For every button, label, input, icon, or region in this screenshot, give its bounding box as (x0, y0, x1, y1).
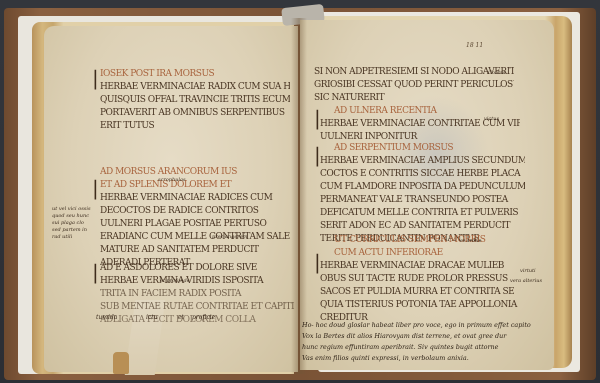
text-line: HERBAE VERMINACIAE DRACAE MULIEB (320, 260, 525, 273)
interlinear-gloss: scrophulas (158, 177, 186, 183)
footnote-line: Ho- hoc doud gloslar habeat liber pro vo… (302, 320, 547, 331)
initial-letter: | (92, 262, 99, 282)
text-line: QUIA TISTERIUS POTONIA TAE APPOLLONIA (320, 299, 525, 312)
margin-gloss: Contra (488, 70, 505, 76)
text-line: SUB MENTAE RUTAE CONTRITAE ET CAPITI (100, 301, 295, 314)
rubric-line: CUM ACTU INFERIORAE (320, 247, 525, 260)
text-line: AD E ASDOLORES ET DOLORE SIVE (100, 262, 295, 275)
rubric-line: ET AD SPLENIS DOLOREM ET (100, 179, 295, 192)
folio-number: 18 11 (466, 42, 483, 49)
rubric-line: AD SERPENTIUM MORSUS (320, 142, 525, 155)
interlinear-gloss: et (178, 315, 184, 321)
text-line: MATURE AD SANITATEM PERDUCIT (100, 244, 295, 257)
right-text-block-3: AD SERPENTIUM MORSUS HERBAE VERMINACIAE … (320, 142, 525, 246)
text-line: ERIT TUTUS (100, 120, 290, 133)
footnote-line: hunc regium effuntiram aperibrait. Siv q… (302, 342, 547, 353)
interlinear-gloss: proficie (192, 315, 215, 321)
text-line: HERBAE VERMINA VIRIDIS ISPOSITA (100, 275, 295, 288)
margin-gloss: et arduo (460, 238, 481, 244)
initial-letter: | (92, 178, 99, 198)
text-line: DECOCTOS DE RADICE CONTRITOS (100, 205, 295, 218)
interlinear-gloss: ictu (146, 315, 158, 321)
text-line: PORTAVERIT AB OMNIBUS SERPENTIBUS (100, 107, 290, 120)
text-line: ERADIANC CUM MELLE CONTRITAM SALE (100, 231, 295, 244)
right-text-block-4: UT CURRICULIS SEMPER MORBIS CUM ACTU INF… (320, 234, 525, 325)
text-line: SI NON ADPETRESIEMI SI NODO ALIGAVERIT (314, 66, 514, 79)
initial-letter: | (92, 68, 99, 88)
rubric-line: IOSEK POST IRA MORSUS (100, 68, 290, 81)
rubric-line: AD MORSUS ARANCORUM IUS (100, 166, 295, 179)
margin-gloss: vera alterius (510, 278, 542, 284)
margin-gloss-line: sui plaga clo (52, 220, 84, 226)
margin-gloss-line: sed partem in (52, 227, 87, 233)
text-line: TRITA IN FACIEM RADIX POSITA (100, 288, 295, 301)
text-line: UULNERI PLAGAE POSITAE PERTUSO (100, 218, 295, 231)
footnote-line: Vox la Bertes dit alios Hiarovyam dist t… (302, 331, 547, 342)
text-line: SERIT ADON EC AD SANITATEM PERDUCIT (320, 220, 525, 233)
rubric-line: UT CURRICULIS SEMPER MORBIS (320, 234, 525, 247)
text-line: COCTOS E CONTRITIS SICCAE HERBE PLACA (320, 168, 525, 181)
right-text-block-1: SI NON ADPETRESIEMI SI NODO ALIGAVERIT G… (314, 66, 514, 105)
interlinear-gloss: et profunde (160, 278, 190, 284)
text-line: OBUS SUI TACTE RUDE PROLOR PRESSUS (320, 273, 525, 286)
margin-gloss-line: quod seu hunc (52, 213, 89, 219)
interlinear-gloss: preciangerem (212, 234, 247, 240)
footnote-line: Vas enim filios quinti expressi, in verb… (302, 353, 547, 364)
left-text-block-2: AD MORSUS ARANCORUM IUS ET AD SPLENIS DO… (100, 166, 295, 270)
page-damage (113, 352, 129, 374)
text-line: QUISQUIS OFFAL TRAVINCIE TRITIS ECUM (100, 94, 290, 107)
text-line: SIC NATURERIT (314, 92, 514, 105)
text-line: HERBAE VERMINACIAE AMPLIUS SECUNDUM (320, 155, 525, 168)
text-line: PERMANEAT VALE TRANSEUNDO POSTEA (320, 194, 525, 207)
margin-gloss-line: ut vel vici ossis (52, 206, 91, 212)
footnote-annotation: Ho- hoc doud gloslar habeat liber pro vo… (302, 320, 547, 364)
interlinear-gloss: tumida (96, 315, 117, 321)
text-line: DEFICATUM MELLE CONTRITA ET PULVERIS (320, 207, 525, 220)
text-line: HERBAE VERMINACIAE RADIX CUM SUA HERBA (100, 81, 290, 94)
text-line: SACOS ET PULDIA MURRA ET CONTRITA SE (320, 286, 525, 299)
margin-gloss-line: rad utili (52, 234, 72, 240)
margin-gloss: virtuti (520, 268, 536, 274)
right-text-block-2: AD ULNERA RECENTIA HERBAE VERMINACIAE CO… (320, 105, 520, 144)
text-line: GRIOSIBI CESSAT QUOD PERINT PERICULOSUM (314, 79, 514, 92)
left-text-block-1: IOSEK POST IRA MORSUS HERBAE VERMINACIAE… (100, 68, 290, 133)
text-line: HERBAE VERMINACIAE RADICES CUM (100, 192, 295, 205)
margin-gloss: victus (484, 116, 499, 122)
text-line: CUM FLAMDORE INPOSITA DA PEDUNCULUM (320, 181, 525, 194)
